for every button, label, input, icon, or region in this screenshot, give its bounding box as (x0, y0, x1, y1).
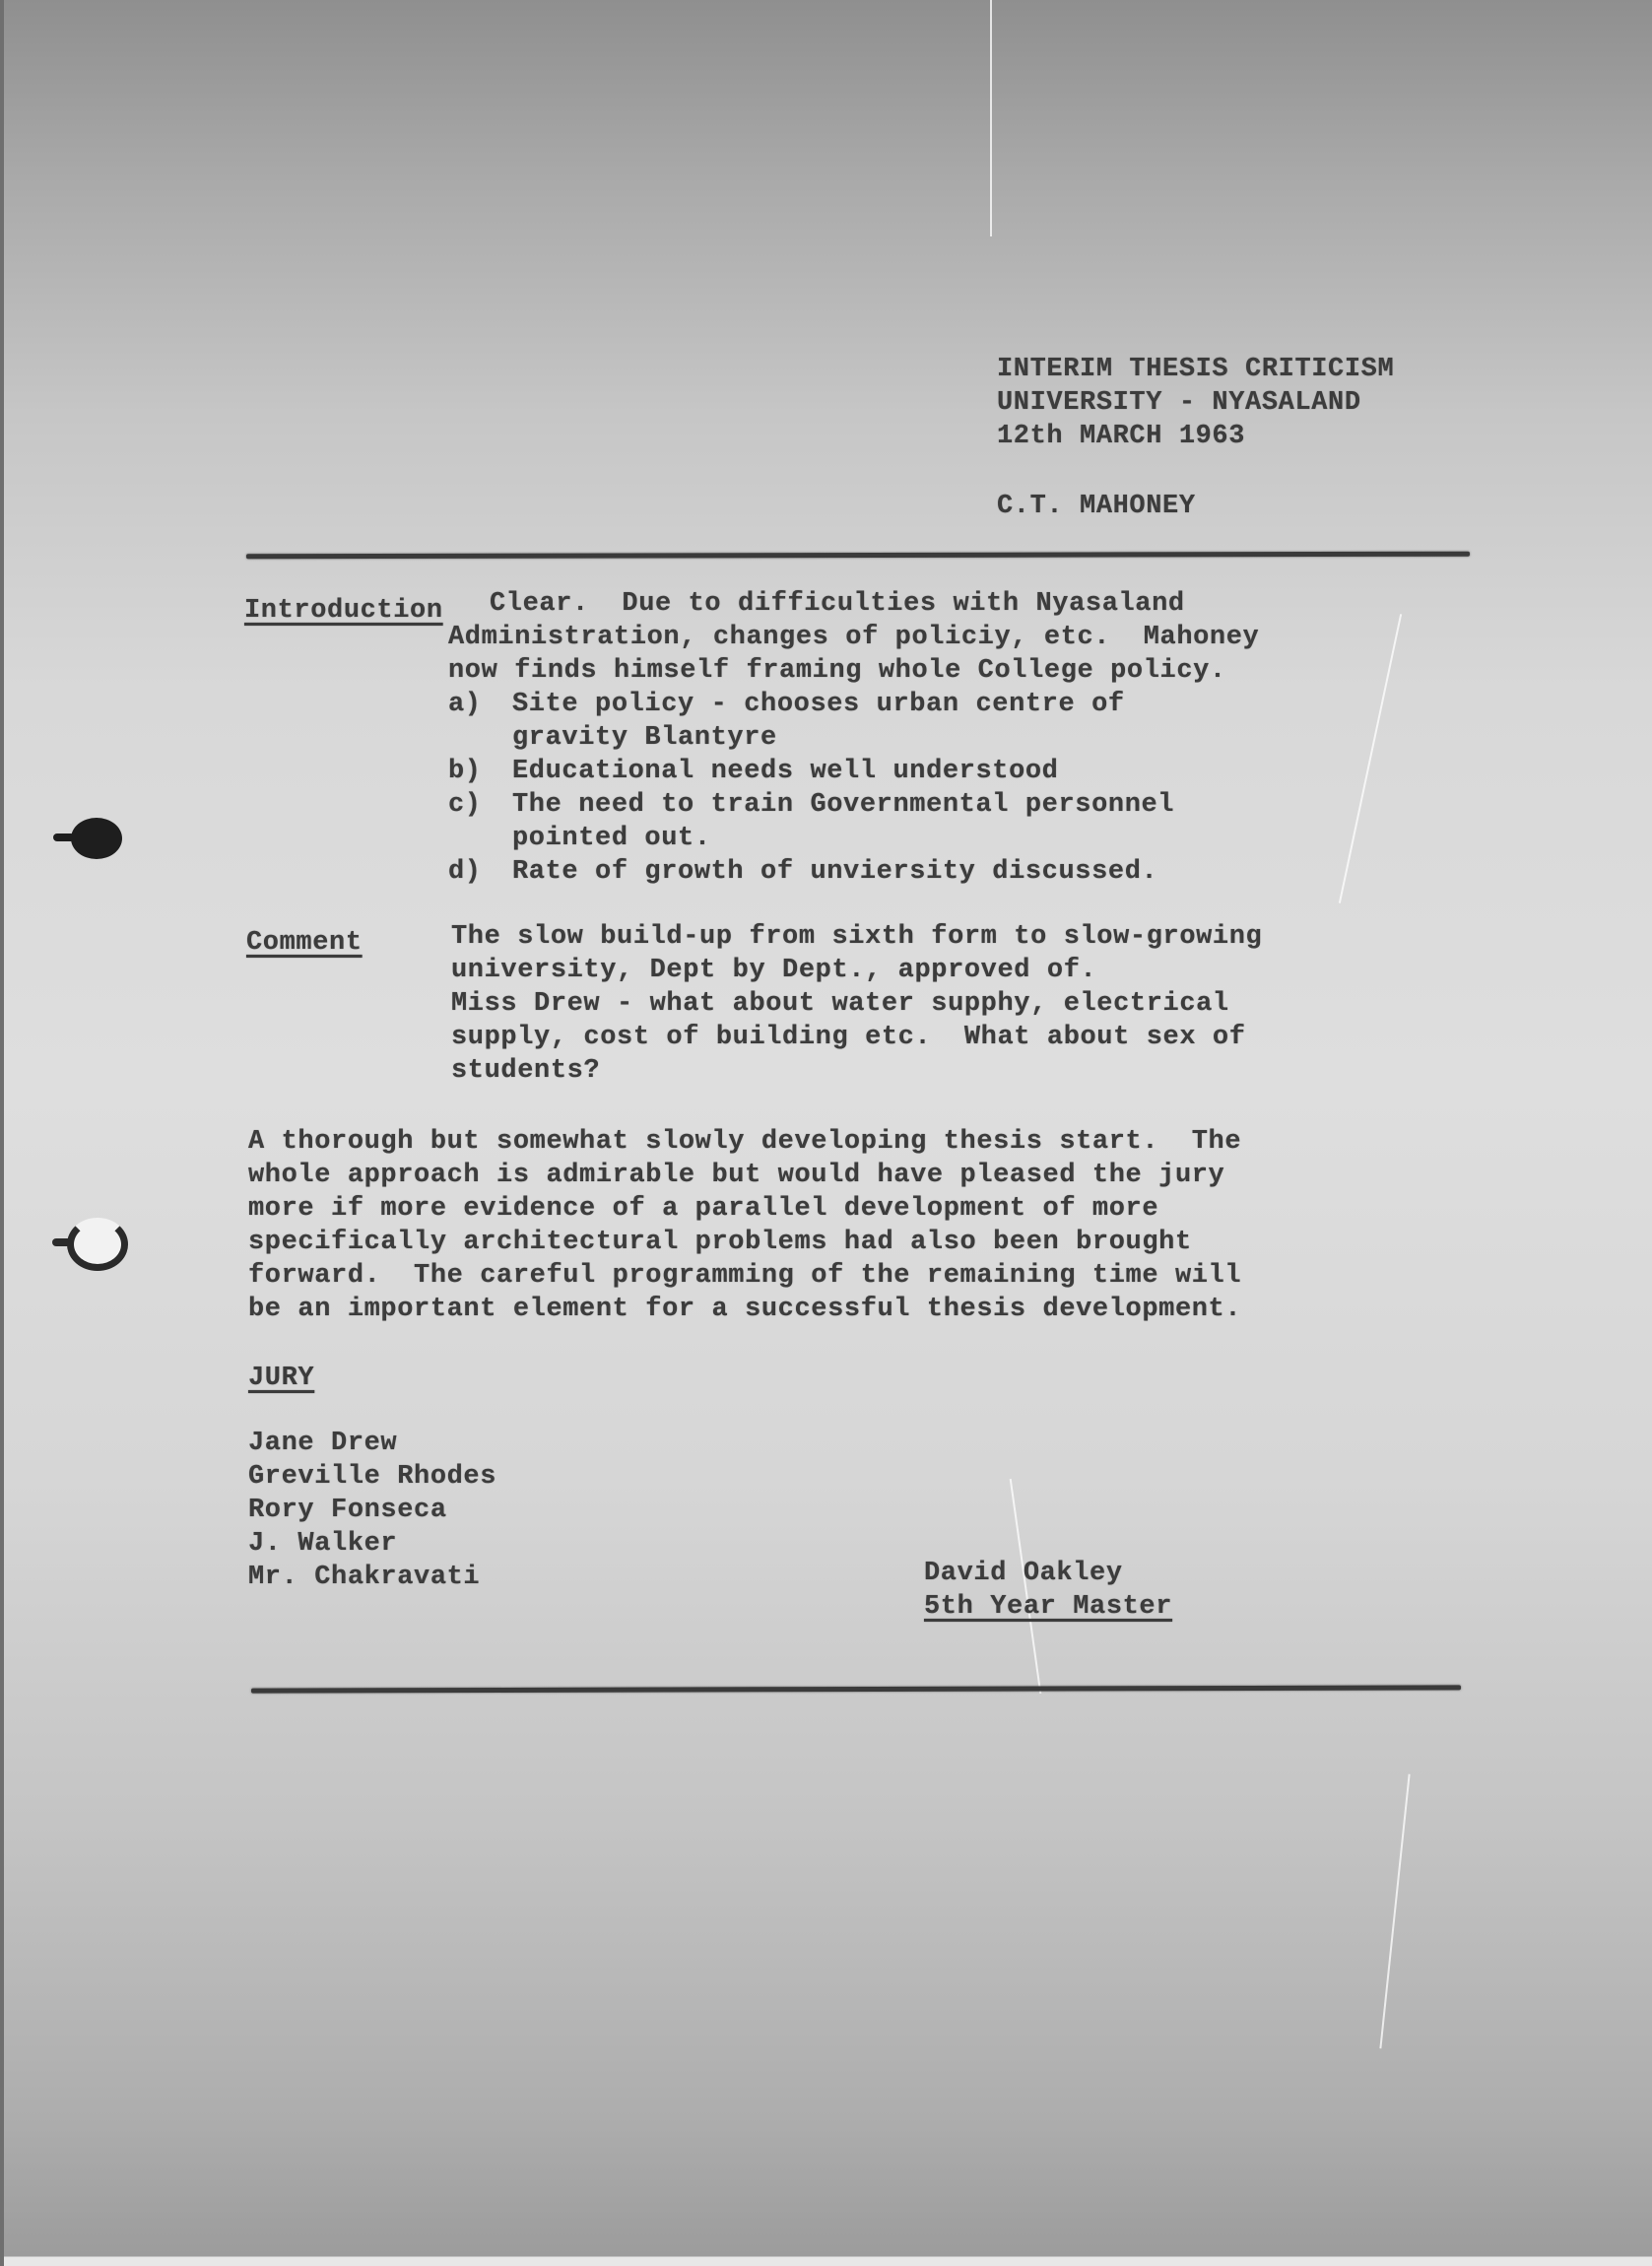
comment-text: supply, cost of building etc. What about… (451, 1021, 1246, 1054)
header-title: INTERIM THESIS CRITICISM (997, 353, 1394, 386)
scan-scratch (1379, 1774, 1410, 2049)
list-item-text: Rate of growth of unviersity discussed. (512, 855, 1157, 889)
introduction-label: Introduction (244, 594, 443, 628)
summary-line: A thorough but somewhat slowly developin… (248, 1125, 1241, 1159)
header-institution: UNIVERSITY - NYASALAND (997, 386, 1361, 420)
jury-member: Greville Rhodes (248, 1460, 496, 1494)
list-item-text: Educational needs well understood (512, 755, 1059, 788)
comment-text: students? (451, 1054, 600, 1088)
summary-line: whole approach is admirable but would ha… (248, 1159, 1224, 1192)
jury-member: J. Walker (248, 1527, 397, 1561)
introduction-text: Clear. Due to difficulties with Nyasalan… (490, 587, 1185, 621)
introduction-text: Administration, changes of policiy, etc.… (448, 621, 1259, 654)
comment-text: The slow build-up from sixth form to slo… (451, 920, 1262, 954)
jury-member: Rory Fonseca (248, 1494, 447, 1527)
page-edge (0, 0, 4, 2266)
header-date: 12th MARCH 1963 (997, 420, 1245, 453)
list-marker: d) (448, 855, 482, 889)
jury-member: Jane Drew (248, 1427, 397, 1460)
introduction-text: now finds himself framing whole College … (448, 654, 1226, 688)
signatory-name: David Oakley (924, 1557, 1123, 1590)
list-item-text: Site policy - chooses urban centre of (512, 688, 1125, 721)
jury-label: JURY (248, 1362, 314, 1395)
punch-hole-icon (71, 818, 122, 859)
list-item-text: The need to train Governmental personnel (512, 788, 1174, 822)
list-item-text: pointed out. (512, 822, 711, 855)
summary-line: forward. The careful programming of the … (248, 1259, 1241, 1293)
top-divider (246, 552, 1470, 560)
comment-label: Comment (246, 926, 363, 960)
comment-text: Miss Drew - what about water supphy, ele… (451, 987, 1229, 1021)
comment-text: university, Dept by Dept., approved of. (451, 954, 1096, 987)
list-marker: c) (448, 788, 482, 822)
summary-line: more if more evidence of a parallel deve… (248, 1192, 1158, 1226)
list-marker: b) (448, 755, 482, 788)
bottom-divider (251, 1685, 1461, 1693)
summary-line: be an important element for a successful… (248, 1293, 1241, 1326)
list-item-text: gravity Blantyre (512, 721, 777, 755)
scan-scratch (1339, 614, 1402, 903)
list-marker: a) (448, 688, 482, 721)
signatory-title: 5th Year Master (924, 1590, 1172, 1624)
punch-hole-icon (67, 1218, 128, 1271)
summary-line: specifically architectural problems had … (248, 1226, 1192, 1259)
jury-member: Mr. Chakravati (248, 1561, 480, 1594)
scan-scratch (990, 0, 992, 236)
student-name: C.T. MAHONEY (997, 490, 1196, 523)
